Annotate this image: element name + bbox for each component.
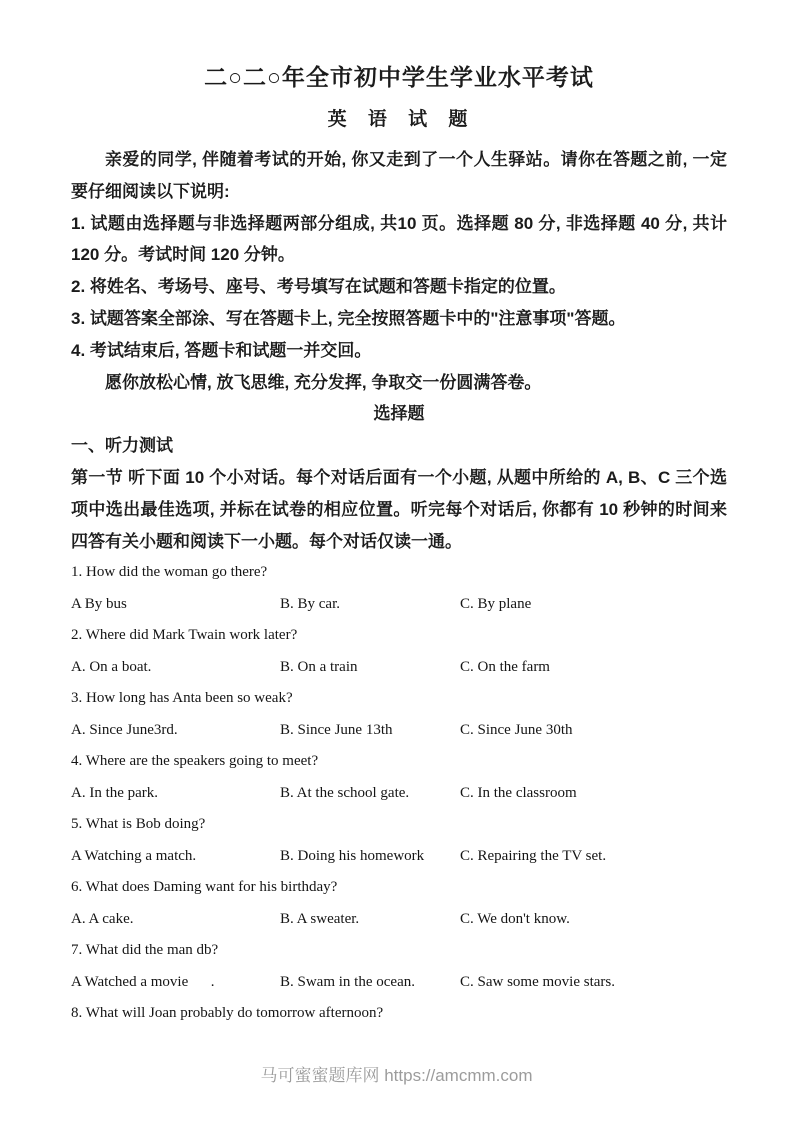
- part-instructions: 第一节 听下面 10 个小对话。每个对话后面有一个小题, 从题中所给的 A, B…: [71, 462, 727, 557]
- question-text-1: 1. How did the woman go there?: [71, 557, 727, 589]
- option-c: C. Since June 30th: [460, 715, 727, 747]
- option-a: A Watched a movie .: [71, 967, 280, 999]
- footer-watermark: 马可蜜蜜题库网 https://amcmm.com: [0, 1064, 793, 1088]
- instruction-item-2: 2. 将姓名、考场号、座号、考号填写在试题和答题卡指定的位置。: [71, 271, 727, 303]
- intro-paragraph: 亲爱的同学, 伴随着考试的开始, 你又走到了一个人生驿站。请你在答题之前, 一定…: [71, 144, 727, 208]
- option-a: A By bus: [71, 589, 280, 621]
- option-c: C. Saw some movie stars.: [460, 967, 727, 999]
- option-c: C. We don't know.: [460, 904, 727, 936]
- option-c: C. In the classroom: [460, 778, 727, 810]
- option-b: B. Doing his homework: [280, 841, 460, 873]
- section-heading: 选择题: [71, 398, 727, 430]
- question-text-6: 6. What does Daming want for his birthda…: [71, 872, 727, 904]
- options-row-2: A. On a boat. B. On a train C. On the fa…: [71, 652, 727, 684]
- options-row-3: A. Since June3rd. B. Since June 13th C. …: [71, 715, 727, 747]
- instruction-item-4: 4. 考试结束后, 答题卡和试题一并交回。: [71, 335, 727, 367]
- options-row-4: A. In the park. B. At the school gate. C…: [71, 778, 727, 810]
- option-b: B. Since June 13th: [280, 715, 460, 747]
- option-b: B. By car.: [280, 589, 460, 621]
- option-b: B. On a train: [280, 652, 460, 684]
- question-text-5: 5. What is Bob doing?: [71, 809, 727, 841]
- part-heading: 一、听力测试: [71, 430, 727, 462]
- exam-title: 二○二○年全市初中学生学业水平考试: [71, 60, 727, 94]
- options-row-7: A Watched a movie . B. Swam in the ocean…: [71, 967, 727, 999]
- options-row-1: A By bus B. By car. C. By plane: [71, 589, 727, 621]
- instruction-item-1: 1. 试题由选择题与非选择题两部分组成, 共10 页。选择题 80 分, 非选择…: [71, 208, 727, 272]
- question-list: 1. How did the woman go there? A By bus …: [71, 557, 727, 1030]
- option-c: C. By plane: [460, 589, 727, 621]
- question-text-2: 2. Where did Mark Twain work later?: [71, 620, 727, 652]
- option-a: A. On a boat.: [71, 652, 280, 684]
- option-a: A. In the park.: [71, 778, 280, 810]
- instruction-item-3: 3. 试题答案全部涂、写在答题卡上, 完全按照答题卡中的"注意事项"答题。: [71, 303, 727, 335]
- options-row-6: A. A cake. B. A sweater. C. We don't kno…: [71, 904, 727, 936]
- exam-content: 二○二○年全市初中学生学业水平考试 英 语 试 题 亲爱的同学, 伴随着考试的开…: [71, 60, 727, 1030]
- option-b: B. At the school gate.: [280, 778, 460, 810]
- option-a: A Watching a match.: [71, 841, 280, 873]
- exam-page: 二○二○年全市初中学生学业水平考试 英 语 试 题 亲爱的同学, 伴随着考试的开…: [0, 0, 793, 1122]
- option-c: C. On the farm: [460, 652, 727, 684]
- option-b: B. A sweater.: [280, 904, 460, 936]
- exam-subtitle: 英 语 试 题: [71, 105, 727, 135]
- question-text-7: 7. What did the man db?: [71, 935, 727, 967]
- option-a: A. Since June3rd.: [71, 715, 280, 747]
- options-row-5: A Watching a match. B. Doing his homewor…: [71, 841, 727, 873]
- option-a: A. A cake.: [71, 904, 280, 936]
- wish-line: 愿你放松心情, 放飞思维, 充分发挥, 争取交一份圆满答卷。: [71, 367, 727, 399]
- question-text-8: 8. What will Joan probably do tomorrow a…: [71, 998, 727, 1030]
- option-b: B. Swam in the ocean.: [280, 967, 460, 999]
- option-c: C. Repairing the TV set.: [460, 841, 727, 873]
- question-text-4: 4. Where are the speakers going to meet?: [71, 746, 727, 778]
- question-text-3: 3. How long has Anta been so weak?: [71, 683, 727, 715]
